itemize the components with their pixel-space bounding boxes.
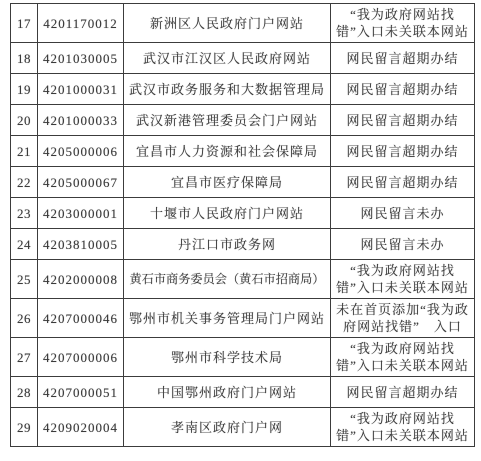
- site-name-cell: 丹江口市政务网: [124, 229, 331, 260]
- row-index-cell: 29: [11, 408, 38, 447]
- site-code-cell: 4205000067: [38, 167, 124, 198]
- table-row: 23 4203000001 十堰市人民政府门户网站 网民留言未办: [11, 198, 475, 229]
- site-name-cell: 鄂州市科学技术局: [124, 338, 331, 377]
- site-name-cell: 黄石市商务委员会（黄石市招商局）: [124, 260, 331, 299]
- table-row: 25 4202000008 黄石市商务委员会（黄石市招商局） “我为政府网站找错…: [11, 260, 475, 299]
- issue-cell: 网民留言超期办结: [331, 136, 475, 167]
- site-name-cell: 武汉市江汉区人民政府网站: [124, 43, 331, 74]
- report-table-body: 17 4201170012 新洲区人民政府门户网站 “我为政府网站找错”入口未关…: [11, 4, 475, 447]
- site-code-cell: 4201000033: [38, 105, 124, 136]
- table-row: 21 4205000006 宜昌市人力资源和社会保障局 网民留言超期办结: [11, 136, 475, 167]
- issue-cell: 网民留言超期办结: [331, 105, 475, 136]
- row-index-cell: 22: [11, 167, 38, 198]
- row-index-cell: 17: [11, 4, 38, 43]
- noncompliant-websites-table: 17 4201170012 新洲区人民政府门户网站 “我为政府网站找错”入口未关…: [10, 3, 475, 447]
- site-name-cell: 十堰市人民政府门户网站: [124, 198, 331, 229]
- site-code-cell: 4207000051: [38, 377, 124, 408]
- site-code-cell: 4203810005: [38, 229, 124, 260]
- table-row: 24 4203810005 丹江口市政务网 网民留言未办: [11, 229, 475, 260]
- row-index-cell: 23: [11, 198, 38, 229]
- table-row: 28 4207000051 中国鄂州政府门户网站 网民留言超期办结: [11, 377, 475, 408]
- row-index-cell: 27: [11, 338, 38, 377]
- row-index-cell: 26: [11, 299, 38, 338]
- site-name-cell: 宜昌市医疗保障局: [124, 167, 331, 198]
- site-code-cell: 4203000001: [38, 198, 124, 229]
- site-code-cell: 4202000008: [38, 260, 124, 299]
- table-row: 27 4207000006 鄂州市科学技术局 “我为政府网站找错”入口未关联本网…: [11, 338, 475, 377]
- site-name-cell: 鄂州市机关事务管理局门户网站: [124, 299, 331, 338]
- table-row: 18 4201030005 武汉市江汉区人民政府网站 网民留言超期办结: [11, 43, 475, 74]
- row-index-cell: 19: [11, 74, 38, 105]
- site-name-cell: 武汉新港管理委员会门户网站: [124, 105, 331, 136]
- issue-cell: 网民留言未办: [331, 229, 475, 260]
- issue-cell: “我为政府网站找错”入口未关联本网站: [331, 260, 475, 299]
- site-code-cell: 4207000006: [38, 338, 124, 377]
- table-row: 19 4201000031 武汉市政务服务和大数据管理局 网民留言超期办结: [11, 74, 475, 105]
- row-index-cell: 18: [11, 43, 38, 74]
- row-index-cell: 28: [11, 377, 38, 408]
- table-row: 29 4209020004 孝南区政府门户网 “我为政府网站找错”入口未关联本网…: [11, 408, 475, 447]
- table-row: 26 4207000046 鄂州市机关事务管理局门户网站 未在首页添加“我为政府…: [11, 299, 475, 338]
- row-index-cell: 20: [11, 105, 38, 136]
- issue-cell: 网民留言超期办结: [331, 43, 475, 74]
- row-index-cell: 24: [11, 229, 38, 260]
- site-name-cell: 宜昌市人力资源和社会保障局: [124, 136, 331, 167]
- issue-cell: “我为政府网站找错”入口未关联本网站: [331, 408, 475, 447]
- row-index-cell: 21: [11, 136, 38, 167]
- issue-cell: 网民留言超期办结: [331, 377, 475, 408]
- site-code-cell: 4207000046: [38, 299, 124, 338]
- table-row: 22 4205000067 宜昌市医疗保障局 网民留言超期办结: [11, 167, 475, 198]
- table-row: 17 4201170012 新洲区人民政府门户网站 “我为政府网站找错”入口未关…: [11, 4, 475, 43]
- site-name-cell: 新洲区人民政府门户网站: [124, 4, 331, 43]
- site-name-cell: 中国鄂州政府门户网站: [124, 377, 331, 408]
- issue-cell: 网民留言未办: [331, 198, 475, 229]
- site-code-cell: 4205000006: [38, 136, 124, 167]
- site-code-cell: 4201170012: [38, 4, 124, 43]
- issue-cell: 网民留言超期办结: [331, 74, 475, 105]
- issue-cell: 未在首页添加“我为政府网站找错” 入口: [331, 299, 475, 338]
- issue-cell: 网民留言超期办结: [331, 167, 475, 198]
- issue-cell: “我为政府网站找错”入口未关联本网站: [331, 4, 475, 43]
- document-page: 17 4201170012 新洲区人民政府门户网站 “我为政府网站找错”入口未关…: [0, 0, 481, 461]
- table-row: 20 4201000033 武汉新港管理委员会门户网站 网民留言超期办结: [11, 105, 475, 136]
- site-code-cell: 4209020004: [38, 408, 124, 447]
- site-name-cell: 孝南区政府门户网: [124, 408, 331, 447]
- site-code-cell: 4201030005: [38, 43, 124, 74]
- row-index-cell: 25: [11, 260, 38, 299]
- issue-cell: “我为政府网站找错”入口未关联本网站: [331, 338, 475, 377]
- site-code-cell: 4201000031: [38, 74, 124, 105]
- site-name-cell: 武汉市政务服务和大数据管理局: [124, 74, 331, 105]
